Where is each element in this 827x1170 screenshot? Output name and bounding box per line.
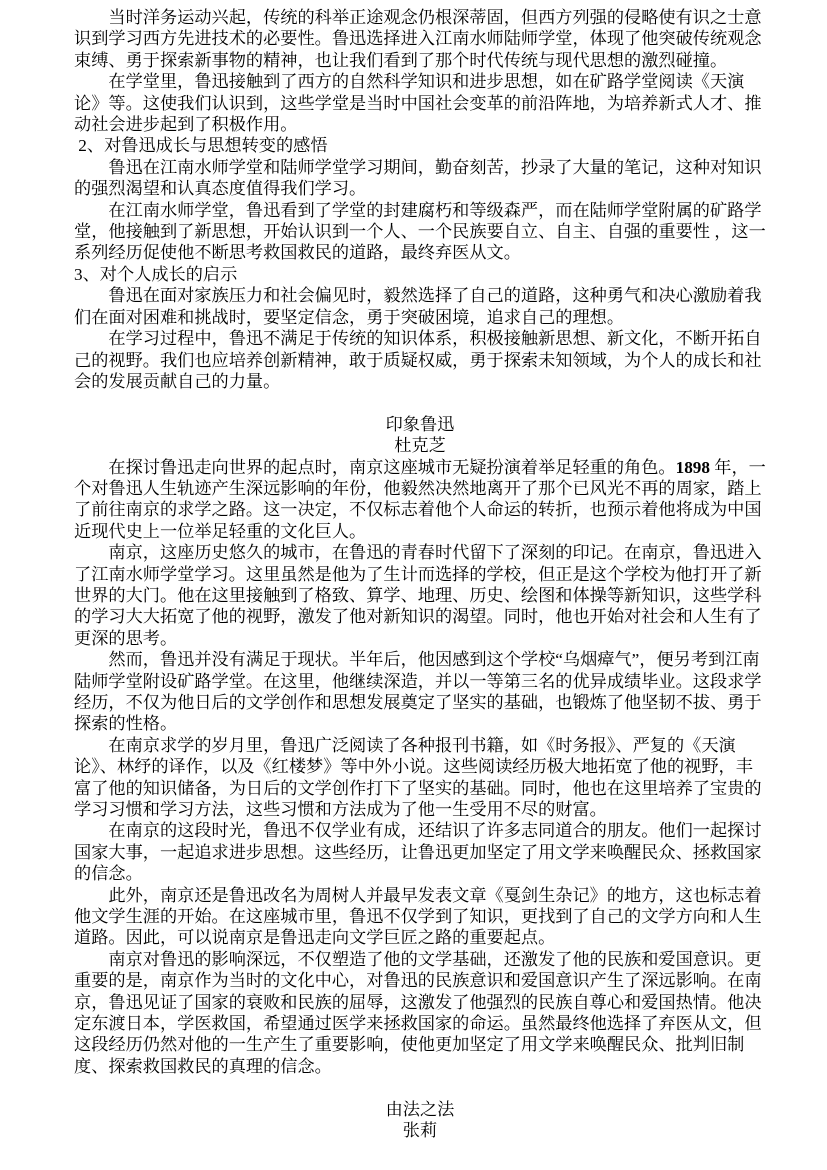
document-page: 当时洋务运动兴起，传统的科举正途观念仍根深蒂固，但西方列强的侵略使有识之士意识到… — [0, 0, 827, 1170]
bold-text-segment: 1898 — [676, 458, 710, 477]
paragraph: 在学习过程中，鲁迅不满足于传统的知识体系，积极接触新思想、新文化，不断开拓自己的… — [74, 328, 766, 392]
text-segment: 在探讨鲁迅走向世界的起点时，南京这座城市无疑扮演着举足轻重的角色。 — [108, 458, 675, 477]
paragraph: 此外，南京还是鲁迅改名为周树人并最早发表文章《戛剑生杂记》的地方，这也标志着他文… — [74, 885, 766, 949]
document-body: 当时洋务运动兴起，传统的科举正途观念仍根深蒂固，但西方列强的侵略使有识之士意识到… — [74, 7, 766, 1142]
centered-title: 印象鲁迅 — [74, 414, 766, 435]
blank-line — [74, 392, 766, 413]
paragraph: 在南京的这段时光，鲁迅不仅学业有成，还结识了许多志同道合的朋友。他们一起探讨国家… — [74, 820, 766, 884]
paragraph: 在探讨鲁迅走向世界的起点时，南京这座城市无疑扮演着举足轻重的角色。1898 年，… — [74, 457, 766, 543]
paragraph: 鲁迅在江南水师学堂和陆师学堂学习期间，勤奋刻苦，抄录了大量的笔记，这种对知识的强… — [74, 157, 766, 200]
paragraph: 鲁迅在面对家族压力和社会偏见时，毅然选择了自己的道路，这种勇气和决心激励着我们在… — [74, 285, 766, 328]
paragraph: 在南京求学的岁月里，鲁迅广泛阅读了各种报刊书籍，如《时务报》、严复的《天演论》、… — [74, 735, 766, 821]
section-heading: 3、对个人成长的启示 — [74, 264, 766, 285]
centered-title: 由法之法 — [74, 1099, 766, 1120]
section-heading: 2、对鲁迅成长与思想转变的感悟 — [74, 135, 766, 156]
paragraph: 南京，这座历史悠久的城市，在鲁迅的青春时代留下了深刻的印记。在南京，鲁迅进入了江… — [74, 542, 766, 649]
paragraph: 在学堂里，鲁迅接触到了西方的自然科学知识和进步思想，如在矿路学堂阅读《天演论》等… — [74, 71, 766, 135]
paragraph: 在江南水师学堂，鲁迅看到了学堂的封建腐朽和等级森严，而在陆师学堂附属的矿路学堂，… — [74, 200, 766, 264]
paragraph: 然而，鲁迅并没有满足于现状。半年后，他因感到这个学校“乌烟瘴气”，便另考到江南陆… — [74, 649, 766, 735]
blank-line — [74, 1077, 766, 1098]
centered-title: 张莉 — [74, 1120, 766, 1141]
paragraph: 南京对鲁迅的影响深远，不仅塑造了他的文学基础，还激发了他的民族和爱国意识。更重要… — [74, 949, 766, 1077]
paragraph: 当时洋务运动兴起，传统的科举正途观念仍根深蒂固，但西方列强的侵略使有识之士意识到… — [74, 7, 766, 71]
centered-title: 杜克芝 — [74, 435, 766, 456]
